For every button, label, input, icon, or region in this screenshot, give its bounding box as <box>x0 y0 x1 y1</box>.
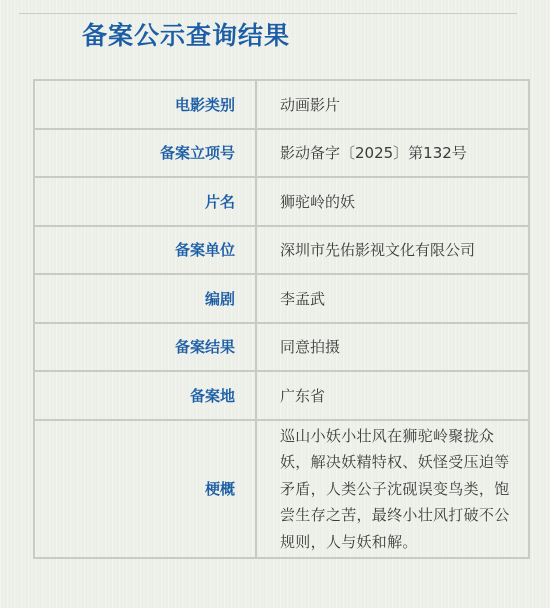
row-registration-location: 备案地 广东省 <box>34 371 529 420</box>
value-registrant: 深圳市先佑影视文化有限公司 <box>256 226 529 275</box>
value-synopsis: 巡山小妖小壮风在狮驼岭聚拢众妖，解决妖精特权、妖怪受压迫等矛盾，人类公子沈砚误变… <box>256 420 529 559</box>
value-film-category: 动画影片 <box>256 80 529 129</box>
label-registration-result: 备案结果 <box>34 323 256 372</box>
record-details-table: 电影类别 动画影片 备案立项号 影动备字〔2025〕第132号 片名 狮驼岭的妖… <box>33 79 530 559</box>
label-film-title: 片名 <box>34 177 256 226</box>
value-registration-result: 同意拍摄 <box>256 323 529 372</box>
row-screenwriter: 编剧 李孟武 <box>34 274 529 323</box>
label-registrant: 备案单位 <box>34 226 256 275</box>
label-synopsis: 梗概 <box>34 420 256 559</box>
label-registration-location: 备案地 <box>34 371 256 420</box>
row-film-title: 片名 狮驼岭的妖 <box>34 177 529 226</box>
value-registration-location: 广东省 <box>256 371 529 420</box>
row-registration-number: 备案立项号 影动备字〔2025〕第132号 <box>34 129 529 178</box>
value-registration-number: 影动备字〔2025〕第132号 <box>256 129 529 178</box>
row-film-category: 电影类别 动画影片 <box>34 80 529 129</box>
label-film-category: 电影类别 <box>34 80 256 129</box>
label-screenwriter: 编剧 <box>34 274 256 323</box>
label-registration-number: 备案立项号 <box>34 129 256 178</box>
row-registrant: 备案单位 深圳市先佑影视文化有限公司 <box>34 226 529 275</box>
row-registration-result: 备案结果 同意拍摄 <box>34 323 529 372</box>
row-synopsis: 梗概 巡山小妖小壮风在狮驼岭聚拢众妖，解决妖精特权、妖怪受压迫等矛盾，人类公子沈… <box>34 420 529 559</box>
value-film-title: 狮驼岭的妖 <box>256 177 529 226</box>
page-title: 备案公示查询结果 <box>82 19 290 53</box>
value-screenwriter: 李孟武 <box>256 274 529 323</box>
top-divider <box>19 13 517 14</box>
